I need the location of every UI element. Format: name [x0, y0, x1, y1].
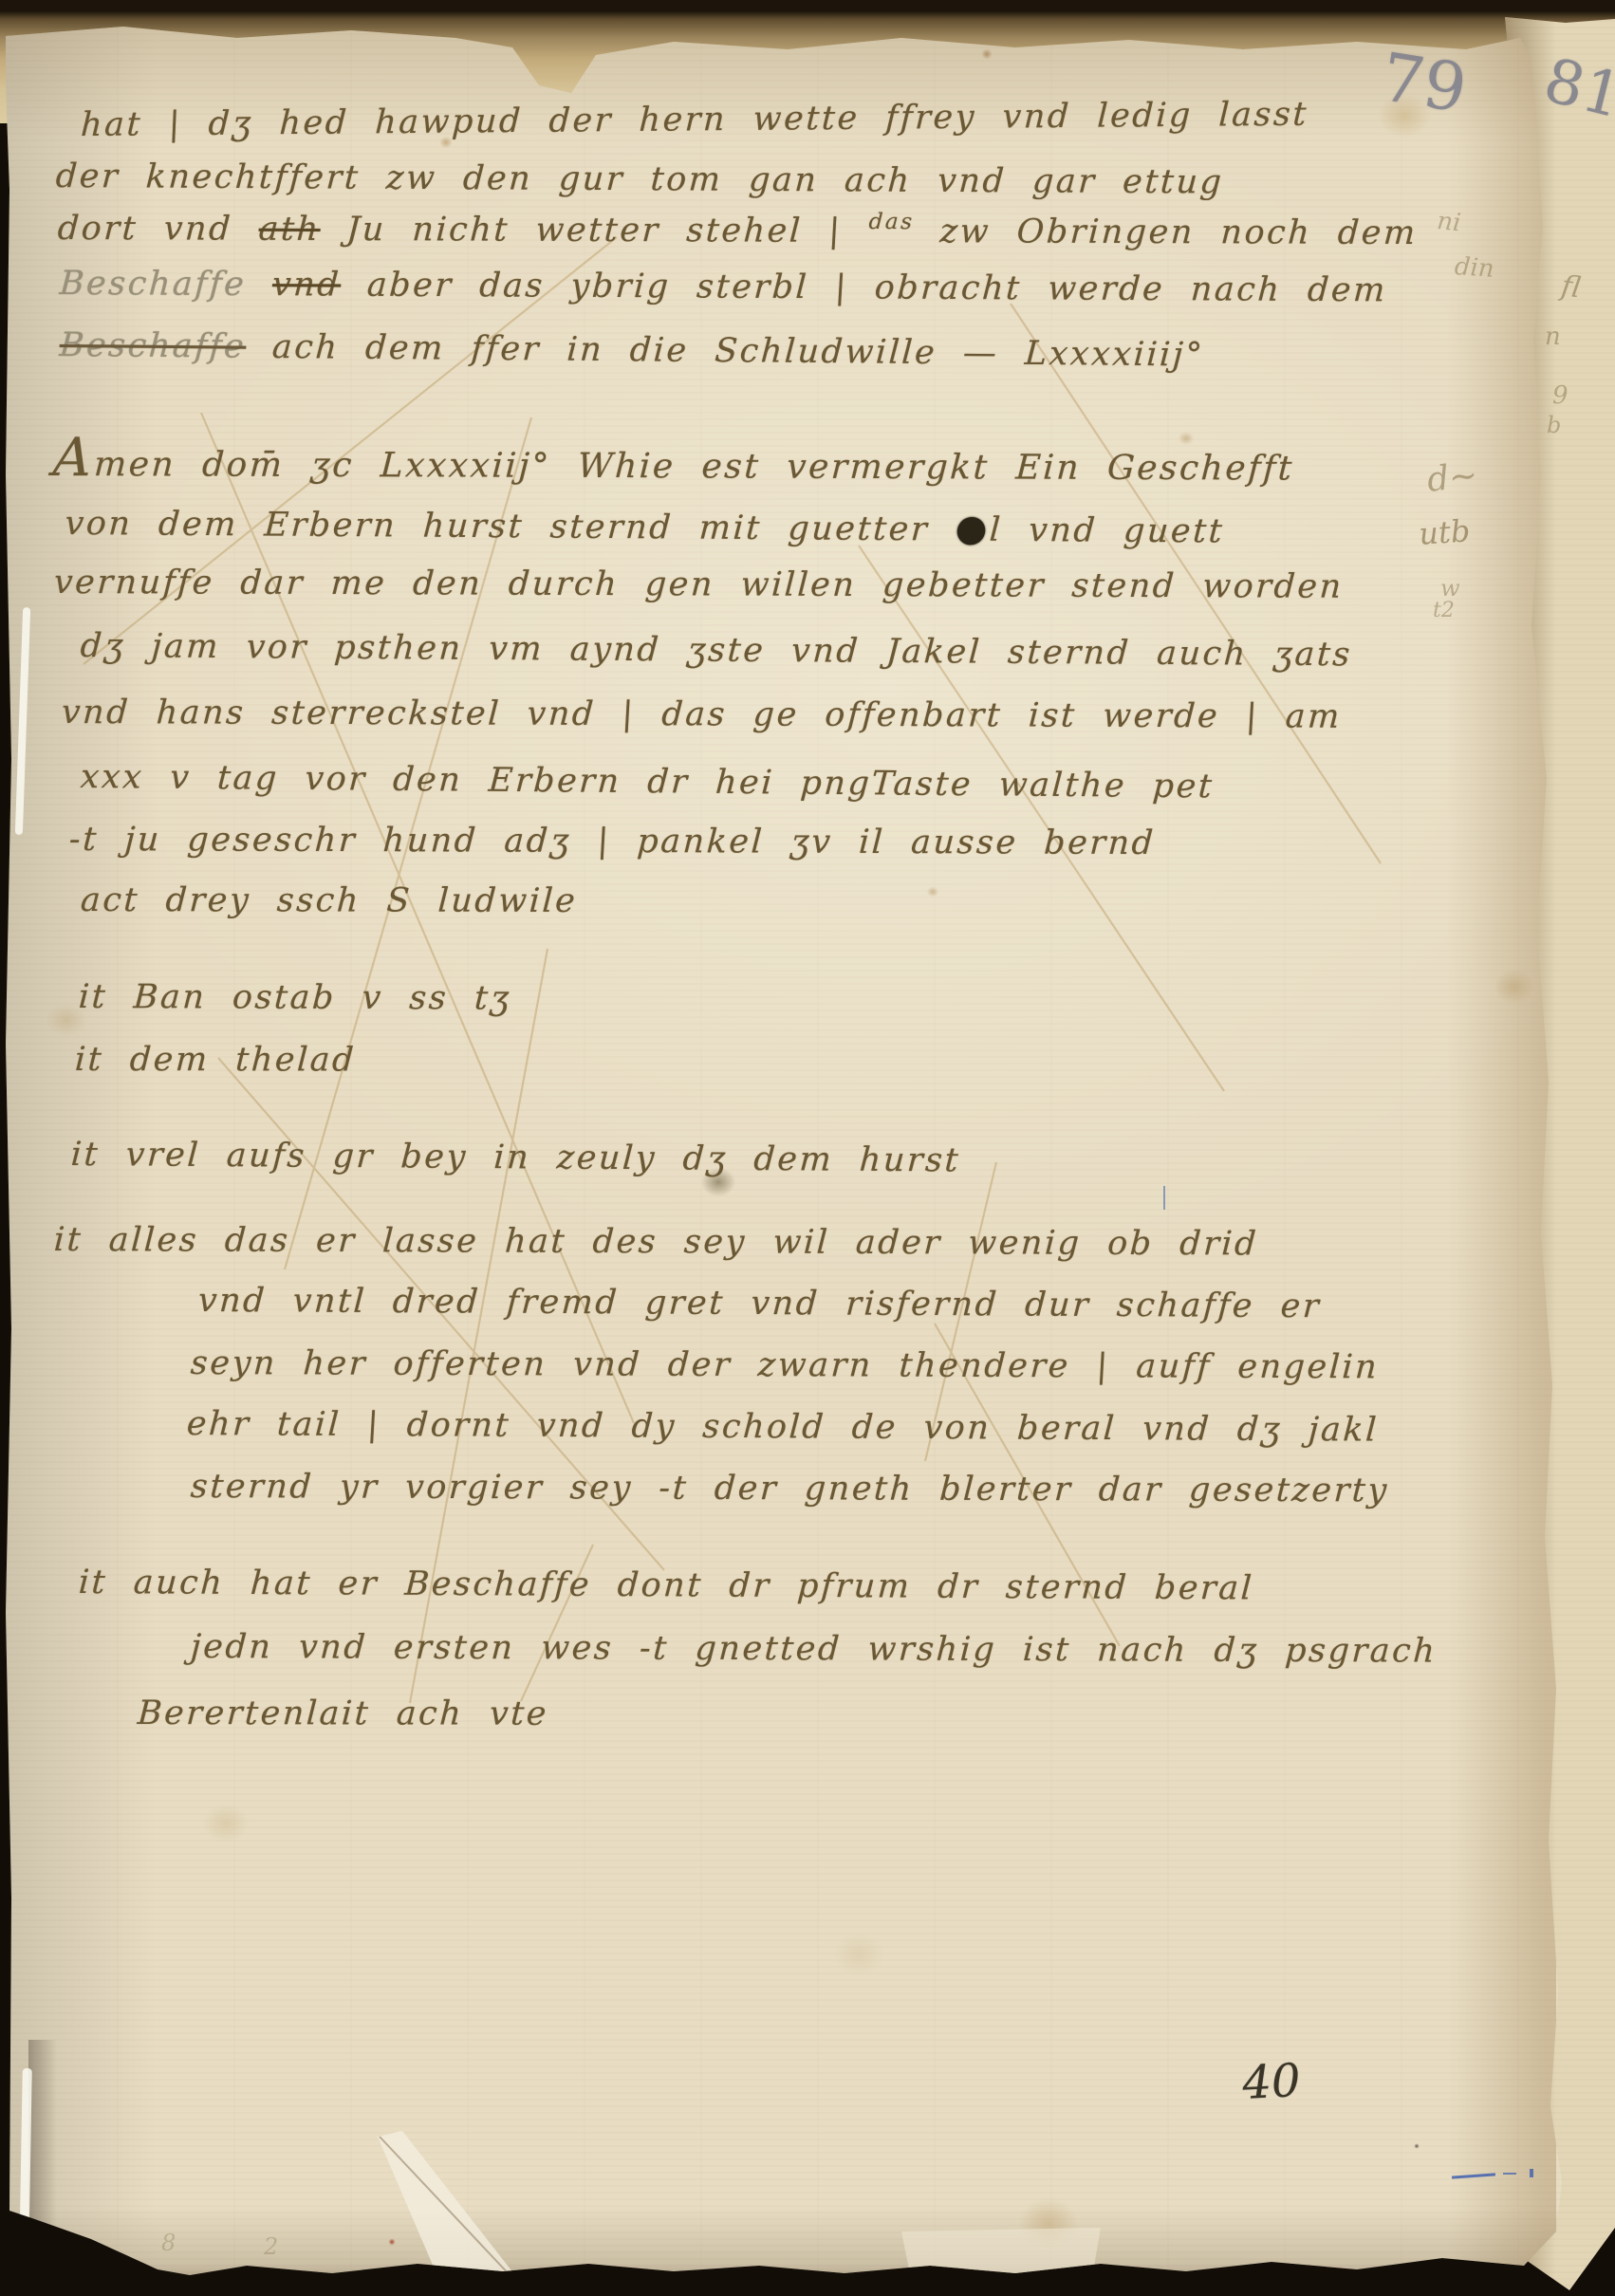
manuscript-line: seyn her offerten vnd der zwarn thendere…: [190, 1344, 1381, 1386]
ink-folio-number: 40: [1241, 2054, 1302, 2110]
text-segment: aber das ybrig sterbl | obracht werde na…: [340, 267, 1388, 310]
text-segment-initial: A: [51, 427, 96, 489]
manuscript-line: it auch hat er Beschaffe dont dr pfrum d…: [78, 1564, 1255, 1607]
text-segment: men dom̄ ʒc Lxxxxiij° Whie est vermergkt…: [93, 445, 1295, 488]
manuscript-line: sternd yr vorgier sey -t der gneth blert…: [190, 1468, 1390, 1509]
bottom-tear-flap: [901, 2228, 1101, 2283]
text-segment: jedn vnd ersten wes -t gnetted wrshig is…: [190, 1628, 1439, 1671]
text-segment: vernuffe dar me den durch gen willen geb…: [53, 564, 1345, 606]
text-segment: vnd vntl dred fremd gret vnd risfernd du…: [197, 1282, 1323, 1325]
text-segment: it dem thelad: [74, 1041, 357, 1080]
margin-mark: 2: [264, 2233, 278, 2260]
text-segment: von dem Erbern hurst sternd mit guetter: [64, 505, 956, 549]
text-segment: l vnd guett: [989, 511, 1226, 551]
manuscript-line: it vrel aufs gr bey in zeuly dʒ dem hurs…: [70, 1136, 962, 1180]
margin-mark: d~: [1425, 455, 1479, 499]
manuscript-line: it Ban ostab v ss tʒ: [78, 978, 512, 1018]
pencil-folio-number: 79: [1376, 38, 1472, 128]
margin-mark: 8: [161, 2230, 176, 2256]
margin-mark: w: [1440, 575, 1460, 602]
manuscript-line: it alles das er lasse hat des sey wil ad…: [53, 1221, 1259, 1263]
manuscript-line: -t ju geseschr hund adʒ | pankel ʒv il a…: [68, 821, 1157, 862]
text-segment-strike: ath: [258, 211, 322, 249]
text-segment: it Ban ostab v ss tʒ: [78, 978, 512, 1018]
manuscript-line: Berertenlait ach vte: [137, 1694, 549, 1733]
bottom-tear-flap: [378, 2131, 531, 2296]
text-segment: seyn her offerten vnd der zwarn thendere…: [190, 1344, 1381, 1386]
text-segment-sup: das: [868, 210, 915, 234]
text-segment-pale: Beschaffe: [59, 265, 273, 304]
text-segment-strike: vnd: [271, 266, 343, 304]
margin-mark: utb: [1418, 512, 1471, 552]
manuscript-line: ehr tail | dornt vnd dy schold de von be…: [186, 1405, 1380, 1450]
text-segment: ehr tail | dornt vnd dy schold de von be…: [186, 1405, 1380, 1450]
manuscript-line: vnd hans sterreckstel vnd | das ge offen…: [61, 694, 1343, 736]
margin-mark: ni: [1436, 207, 1462, 237]
blue-pen-hairline: [1163, 1186, 1165, 1210]
blue-pen-dot: [1530, 2169, 1533, 2177]
text-segment: dort vnd: [57, 210, 260, 249]
text-segment-pale-strike: Beschaffe: [59, 326, 248, 366]
text-segment: Berertenlait ach vte: [137, 1694, 549, 1733]
manuscript-line: Amen dom̄ ʒc Lxxxxiij° Whie est vermergk…: [51, 427, 1296, 493]
manuscript-scan: hat | dʒ hed hawpud der hern wette ffrey…: [0, 0, 1615, 2296]
margin-mark: t2: [1433, 599, 1455, 622]
manuscript-line: act drey ssch S ludwile: [80, 881, 579, 920]
text-segment: it vrel aufs gr bey in zeuly dʒ dem hurs…: [70, 1136, 962, 1180]
blue-pen-scribble: [1503, 2173, 1516, 2175]
margin-mark: din: [1454, 252, 1495, 284]
margin-mark: b: [1547, 412, 1561, 438]
margin-mark: n: [1545, 323, 1561, 351]
text-segment: sternd yr vorgier sey -t der gneth blert…: [190, 1468, 1390, 1509]
text-segment: -t ju geseschr hund adʒ | pankel ʒv il a…: [68, 821, 1157, 862]
text-segment: zw Obringen noch dem: [913, 213, 1419, 252]
manuscript-line: it dem thelad: [74, 1041, 357, 1080]
manuscript-line: vernuffe dar me den durch gen willen geb…: [53, 564, 1345, 606]
manuscript-page: hat | dʒ hed hawpud der hern wette ffrey…: [0, 0, 1615, 2296]
text-segment: der knechtffert zw den gur tom gan ach v…: [55, 157, 1225, 201]
manuscript-line: Beschaffe vnd aber das ybrig sterbl | ob…: [59, 265, 1388, 309]
text-segment: it auch hat er Beschaffe dont dr pfrum d…: [78, 1564, 1255, 1607]
text-segment: it alles das er lasse hat des sey wil ad…: [53, 1221, 1259, 1263]
manuscript-line: der knechtffert zw den gur tom gan ach v…: [55, 157, 1225, 201]
manuscript-line: dort vnd ath Ju nicht wetter stehel | da…: [57, 210, 1419, 252]
text-segment-blot: ●: [954, 508, 991, 550]
text-segment: Ju nicht wetter stehel |: [319, 211, 869, 250]
text-segment: vnd hans sterreckstel vnd | das ge offen…: [61, 694, 1343, 736]
manuscript-line: vnd vntl dred fremd gret vnd risfernd du…: [197, 1282, 1323, 1325]
margin-mark: 9: [1552, 381, 1569, 410]
text-segment: act drey ssch S ludwile: [80, 881, 579, 920]
manuscript-line: jedn vnd ersten wes -t gnetted wrshig is…: [190, 1628, 1439, 1671]
manuscript-line: von dem Erbern hurst sternd mit guetter …: [64, 501, 1225, 552]
